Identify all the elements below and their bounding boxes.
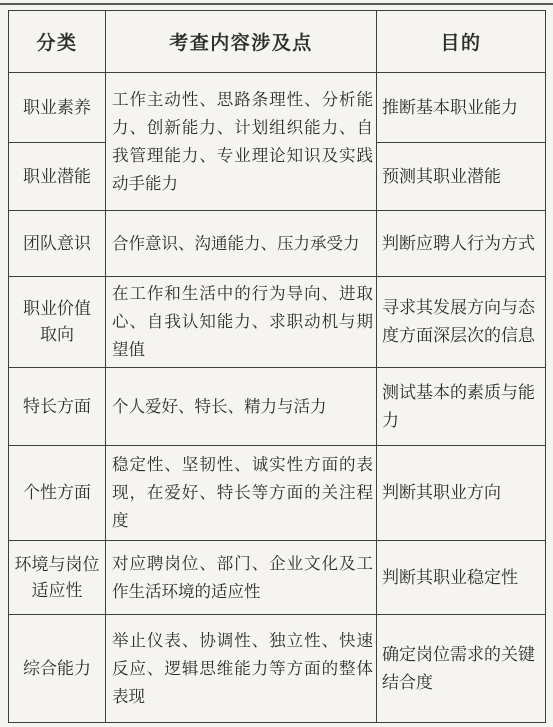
category-cell: 职业潜能 — [9, 143, 106, 211]
purpose-cell: 寻求其发展方向与态度方面深层次的信息 — [377, 277, 546, 368]
category-cell: 个性方面 — [9, 446, 106, 541]
category-cell: 职业价值 取向 — [9, 277, 106, 368]
table-row: 综合能力 举止仪表、协调性、独立性、快速反应、逻辑思维能力等方面的整体表现 确定… — [9, 615, 546, 723]
content-cell: 对应聘岗位、部门、企业文化及工作生活环境的适应性 — [106, 541, 377, 615]
content-cell: 合作意识、沟通能力、压力承受力 — [106, 211, 377, 277]
content-cell: 个人爱好、特长、精力与活力 — [106, 368, 377, 446]
page-top-rule — [0, 3, 553, 5]
category-cell: 特长方面 — [9, 368, 106, 446]
table-row: 职业价值 取向 在工作和生活中的行为导向、进取心、自我认知能力、求职动机与期望值… — [9, 277, 546, 368]
table-row: 职业素养 工作主动性、思路条理性、分析能力、创新能力、计划组织能力、自我管理能力… — [9, 73, 546, 143]
content-cell-merged: 工作主动性、思路条理性、分析能力、创新能力、计划组织能力、自我管理能力、专业理论… — [106, 73, 377, 211]
content-cell: 在工作和生活中的行为导向、进取心、自我认知能力、求职动机与期望值 — [106, 277, 377, 368]
header-purpose: 目的 — [377, 11, 546, 73]
category-cell: 综合能力 — [9, 615, 106, 723]
purpose-cell: 判断应聘人行为方式 — [377, 211, 546, 277]
table-row: 特长方面 个人爱好、特长、精力与活力 测试基本的素质与能力 — [9, 368, 546, 446]
scanned-document-page: 分类 考查内容涉及点 目的 职业素养 工作主动性、思路条理性、分析能力、创新能力… — [0, 0, 553, 727]
table-row: 环境与岗位 适应性 对应聘岗位、部门、企业文化及工作生活环境的适应性 判断其职业… — [9, 541, 546, 615]
category-cell: 团队意识 — [9, 211, 106, 277]
category-cell: 环境与岗位 适应性 — [9, 541, 106, 615]
header-row: 分类 考查内容涉及点 目的 — [9, 11, 546, 73]
purpose-cell: 判断其职业稳定性 — [377, 541, 546, 615]
content-cell: 举止仪表、协调性、独立性、快速反应、逻辑思维能力等方面的整体表现 — [106, 615, 377, 723]
purpose-cell: 预测其职业潜能 — [377, 143, 546, 211]
table-row: 个性方面 稳定性、坚韧性、诚实性方面的表现，在爱好、特长等方面的关注程度 判断其… — [9, 446, 546, 541]
purpose-cell: 测试基本的素质与能力 — [377, 368, 546, 446]
recruitment-assessment-table: 分类 考查内容涉及点 目的 职业素养 工作主动性、思路条理性、分析能力、创新能力… — [8, 10, 546, 723]
content-cell: 稳定性、坚韧性、诚实性方面的表现，在爱好、特长等方面的关注程度 — [106, 446, 377, 541]
header-category: 分类 — [9, 11, 106, 73]
header-content: 考查内容涉及点 — [106, 11, 377, 73]
purpose-cell: 推断基本职业能力 — [377, 73, 546, 143]
table-row: 团队意识 合作意识、沟通能力、压力承受力 判断应聘人行为方式 — [9, 211, 546, 277]
purpose-cell: 判断其职业方向 — [377, 446, 546, 541]
purpose-cell: 确定岗位需求的关键结合度 — [377, 615, 546, 723]
category-cell: 职业素养 — [9, 73, 106, 143]
